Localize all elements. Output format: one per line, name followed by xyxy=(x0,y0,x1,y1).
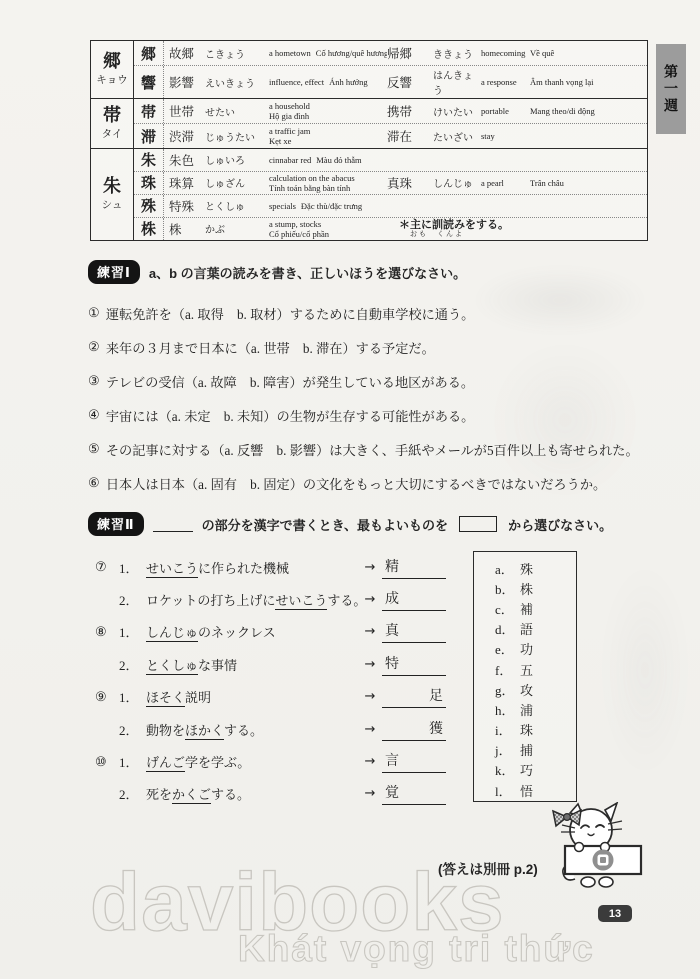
question-line: ⑤その記事に対する（a. 反響 b. 影響）は大きく、手紙やメールが5百件以上も… xyxy=(88,432,653,466)
arrow-icon: → xyxy=(358,722,382,737)
word-gloss: influence, effectÁnh hưởng xyxy=(269,77,387,87)
practice-2-instruction: の部分を漢字で書くとき、最もよいものを xyxy=(202,515,448,534)
question-text: テレビの受信（a. 故障 b. 障害）が発生している地区がある。 xyxy=(106,372,474,391)
instruction-choice-box xyxy=(459,516,497,532)
table-row: 殊 特殊 とくしゅ specialsĐặc thù/đặc trưng xyxy=(134,195,647,218)
sub-label: 1． xyxy=(119,622,146,641)
table-row: 株 株 かぶ a stump, stocksCổ phiếu/cổ phần ＊… xyxy=(134,218,647,240)
word-gloss: a householdHộ gia đình xyxy=(269,101,387,121)
word-reading: けいたい xyxy=(433,104,481,119)
scan-bleed-smudge xyxy=(600,560,690,780)
compound-word: 株 xyxy=(169,220,205,238)
word-reading: しんじゅ xyxy=(433,175,481,190)
practice-2-section: 練習Ⅱ の部分を漢字で書くとき、最もよいものを から選びなさい。 xyxy=(88,512,663,536)
exercise-line: ⑧ 1． しんじゅのネックレス → 真 xyxy=(95,616,467,648)
word-reading: たいざい xyxy=(433,129,481,144)
word-gloss-en: stay xyxy=(481,131,530,141)
word-reading: こきょう xyxy=(205,46,269,61)
option-item: d．語 xyxy=(495,619,576,639)
compound-word: 携帯 xyxy=(387,102,433,120)
option-item: b．株 xyxy=(495,578,576,598)
option-item: g．攻 xyxy=(495,679,576,699)
arrow-icon: → xyxy=(358,689,382,704)
option-item: c．補 xyxy=(495,598,576,618)
answer-blank: 覚 xyxy=(382,782,446,805)
word-reading: とくしゅ xyxy=(205,198,269,213)
group-kanji: 郷 xyxy=(103,52,121,72)
group-kanji: 帯 xyxy=(103,106,121,126)
arrow-icon: → xyxy=(358,624,382,639)
group-reading: タイ xyxy=(102,126,123,141)
question-text: 日本人は日本（a. 固有 b. 固定）の文化をもっと大切にするべきではないだろう… xyxy=(106,474,606,493)
cat-mascot-illustration xyxy=(550,802,656,897)
kanji-group-shu: 朱 シュ 朱 朱色 しゅいろ cinnabar redMàu đỏ thẫm 珠 xyxy=(91,149,647,240)
compound-word: 特殊 xyxy=(169,197,205,215)
option-item: i．珠 xyxy=(495,720,576,740)
sub-label: 2． xyxy=(119,784,146,803)
word-gloss: a traffic jamKẹt xe xyxy=(269,126,387,146)
question-number: ⑩ xyxy=(95,754,119,770)
option-item: j．捕 xyxy=(495,740,576,760)
question-line: ③テレビの受信（a. 故障 b. 障害）が発生している地区がある。 xyxy=(88,364,653,398)
instruction-blank-line xyxy=(153,517,193,532)
compound-word: 反響 xyxy=(387,73,433,91)
exercise-text: とくしゅな事情 xyxy=(146,655,358,674)
compound-word: 真珠 xyxy=(387,174,433,192)
compound-word: 故郷 xyxy=(169,44,205,62)
exercise-text: しんじゅのネックレス xyxy=(146,622,358,641)
answer-blank: 獲 xyxy=(382,718,446,741)
compound-word: 帰郷 xyxy=(387,44,433,62)
compound-word: 影響 xyxy=(169,73,205,91)
word-gloss-en: homecoming xyxy=(481,48,530,58)
page-number-badge: 13 xyxy=(598,905,632,922)
exercise-line: 2． 死をかくごする。 → 覚 xyxy=(95,778,467,810)
group-header: 郷 キョウ xyxy=(91,41,134,98)
answer-blank: 特 xyxy=(382,653,446,676)
kanji-cell: 滞 xyxy=(134,124,164,148)
sub-label: 2． xyxy=(119,655,146,674)
word-gloss-vi: Trân châu xyxy=(530,178,645,188)
word-gloss-vi: Về quê xyxy=(530,48,645,58)
sub-label: 1． xyxy=(119,558,146,577)
question-number: ④ xyxy=(88,407,100,423)
word-gloss: calculation on the abacusTính toán bằng … xyxy=(269,173,387,193)
sub-label: 2． xyxy=(119,590,146,609)
exercise-text: ロケットの打ち上げにせいこうする。 xyxy=(146,590,358,609)
word-gloss: cinnabar redMàu đỏ thẫm xyxy=(269,155,387,165)
answer-blank: 成 xyxy=(382,588,446,611)
question-line: ①運転免許を（a. 取得 b. 取材）するために自動車学校に通う。 xyxy=(88,296,653,330)
kanji-vocabulary-table: 郷 キョウ 郷 故郷 こきょう a hometownCố hương/quê h… xyxy=(90,40,648,241)
question-text: 宇宙には（a. 未定 b. 未知）の生物が生存する可能性がある。 xyxy=(106,406,475,425)
kanji-cell: 殊 xyxy=(134,195,164,217)
option-item: e．功 xyxy=(495,639,576,659)
kanji-cell: 珠 xyxy=(134,172,164,194)
question-number: ⑦ xyxy=(95,559,119,575)
question-text: 来年の３月まで日本に（a. 世帯 b. 滞在）する予定だ。 xyxy=(106,338,435,357)
kanji-cell: 帯 xyxy=(134,99,164,123)
exercise-text: 動物をほかくする。 xyxy=(146,720,358,739)
arrow-icon: → xyxy=(358,657,382,672)
arrow-icon: → xyxy=(358,754,382,769)
table-row: 郷 故郷 こきょう a hometownCố hương/quê hương 帰… xyxy=(134,41,647,66)
compound-word: 世帯 xyxy=(169,102,205,120)
word-reading: ききょう xyxy=(433,46,481,61)
table-row: 滞 渋滞 じゅうたい a traffic jamKẹt xe 滞在 たいざい s… xyxy=(134,124,647,148)
option-item: l．悟 xyxy=(495,780,576,800)
answer-blank: 真 xyxy=(382,620,446,643)
word-gloss-en: a response xyxy=(481,77,530,87)
exercise-line: ⑩ 1． げんご学を学ぶ。 → 言 xyxy=(95,745,467,777)
answer-blank: 精 xyxy=(382,556,446,579)
exercise-line: ⑨ 1． ほそく説明 → 足 xyxy=(95,681,467,713)
compound-word: 渋滞 xyxy=(169,127,205,145)
word-gloss-en: a pearl xyxy=(481,178,530,188)
exercise-line: 2． ロケットの打ち上げにせいこうする。 → 成 xyxy=(95,583,467,615)
sub-label: 1． xyxy=(119,687,146,706)
word-gloss-vi: Mang theo/di động xyxy=(530,106,645,116)
practice-2-instruction-end: から選びなさい。 xyxy=(508,515,612,534)
group-reading: シュ xyxy=(102,197,123,212)
word-gloss-en: portable xyxy=(481,106,530,116)
kanji-options-box: a．殊 b．株 c．補 d．語 e．功 f．五 g．攻 h．浦 i．珠 j．捕 … xyxy=(473,551,577,802)
practice-1-section: 練習Ⅰ a、b の言葉の読みを書き、正しいほうを選びなさい。 ①運転免許を（a.… xyxy=(88,260,653,500)
word-gloss: specialsĐặc thù/đặc trưng xyxy=(269,201,387,211)
table-footnote: ＊主に訓読みをする。 おも くんよ xyxy=(387,219,509,238)
word-reading: せたい xyxy=(205,104,269,119)
word-gloss: a stump, stocksCổ phiếu/cổ phần xyxy=(269,219,387,239)
answer-blank: 言 xyxy=(382,750,446,773)
group-reading: キョウ xyxy=(96,72,128,87)
practice-1-badge: 練習Ⅰ xyxy=(88,260,140,284)
exercise-line: 2． 動物をほかくする。 → 獲 xyxy=(95,713,467,745)
option-item: k．巧 xyxy=(495,760,576,780)
question-line: ④宇宙には（a. 未定 b. 未知）の生物が生存する可能性がある。 xyxy=(88,398,653,432)
question-number: ⑥ xyxy=(88,475,100,491)
table-row: 朱 朱色 しゅいろ cinnabar redMàu đỏ thẫm xyxy=(134,149,647,172)
compound-word: 朱色 xyxy=(169,151,205,169)
sub-label: 1． xyxy=(119,752,146,771)
exercise-text: せいこうに作られた機械 xyxy=(146,558,358,577)
option-item: f．五 xyxy=(495,659,576,679)
word-gloss: a hometownCố hương/quê hương xyxy=(269,48,387,58)
exercise-line: 2． とくしゅな事情 → 特 xyxy=(95,648,467,680)
practice-1-instruction: a、b の言葉の読みを書き、正しいほうを選びなさい。 xyxy=(149,263,466,282)
answer-reference-note: (答えは別冊 p.2) xyxy=(438,858,538,878)
word-reading: はんきょう xyxy=(433,67,481,97)
practice-2-badge: 練習Ⅱ xyxy=(88,512,144,536)
word-reading: えいきょう xyxy=(205,75,269,90)
kanji-group-kyou: 郷 キョウ 郷 故郷 こきょう a hometownCố hương/quê h… xyxy=(91,41,647,99)
word-reading: じゅうたい xyxy=(205,129,269,144)
question-line: ②来年の３月まで日本に（a. 世帯 b. 滞在）する予定だ。 xyxy=(88,330,653,364)
group-header: 朱 シュ xyxy=(91,149,134,240)
kanji-cell: 株 xyxy=(134,218,164,240)
table-row: 珠 珠算 しゅざん calculation on the abacusTính … xyxy=(134,172,647,195)
exercise-text: げんご学を学ぶ。 xyxy=(146,752,358,771)
practice-2-items: ⑦ 1． せいこうに作られた機械 → 精 2． ロケットの打ち上げにせいこうする… xyxy=(95,551,467,810)
arrow-icon: → xyxy=(358,786,382,801)
question-number: ⑤ xyxy=(88,441,100,457)
answer-blank: 足 xyxy=(382,685,446,708)
exercise-text: 死をかくごする。 xyxy=(146,784,358,803)
word-gloss-vi: Âm thanh vọng lại xyxy=(530,77,645,87)
question-line: ⑥日本人は日本（a. 固有 b. 固定）の文化をもっと大切にするべきではないだろ… xyxy=(88,466,653,500)
exercise-line: ⑦ 1． せいこうに作られた機械 → 精 xyxy=(95,551,467,583)
question-number: ⑧ xyxy=(95,624,119,640)
option-item: a．殊 xyxy=(495,558,576,578)
question-number: ② xyxy=(88,339,100,355)
question-number: ① xyxy=(88,305,100,321)
word-reading: かぶ xyxy=(205,221,269,236)
kanji-group-tai: 帯 タイ 帯 世帯 せたい a householdHộ gia đình 携帯 … xyxy=(91,99,647,149)
arrow-icon: → xyxy=(358,592,382,607)
table-row: 響 影響 えいきょう influence, effectÁnh hưởng 反響… xyxy=(134,66,647,98)
kanji-cell: 郷 xyxy=(134,41,164,65)
word-reading: しゅざん xyxy=(205,175,269,190)
exercise-text: ほそく説明 xyxy=(146,687,358,706)
word-reading: しゅいろ xyxy=(205,152,269,167)
textbook-page: davibooks Khát vọng tri thức 郷 キョウ 郷 故郷 … xyxy=(0,0,700,979)
question-text: 運転免許を（a. 取得 b. 取材）するために自動車学校に通う。 xyxy=(106,304,475,323)
compound-word: 珠算 xyxy=(169,174,205,192)
option-item: h．浦 xyxy=(495,699,576,719)
group-kanji: 朱 xyxy=(103,177,121,197)
question-number: ⑨ xyxy=(95,689,119,705)
arrow-icon: → xyxy=(358,560,382,575)
question-number: ③ xyxy=(88,373,100,389)
kanji-cell: 朱 xyxy=(134,149,164,171)
sub-label: 2． xyxy=(119,720,146,739)
week-side-tab: 第一週 xyxy=(656,44,686,134)
watermark-slogan: Khát vọng tri thức xyxy=(238,930,595,967)
table-row: 帯 世帯 せたい a householdHộ gia đình 携帯 けいたい … xyxy=(134,99,647,124)
compound-word: 滞在 xyxy=(387,127,433,145)
question-text: その記事に対する（a. 反響 b. 影響）は大きく、手紙やメールが5百件以上も寄… xyxy=(106,440,639,459)
kanji-cell: 響 xyxy=(134,66,164,98)
group-header: 帯 タイ xyxy=(91,99,134,148)
